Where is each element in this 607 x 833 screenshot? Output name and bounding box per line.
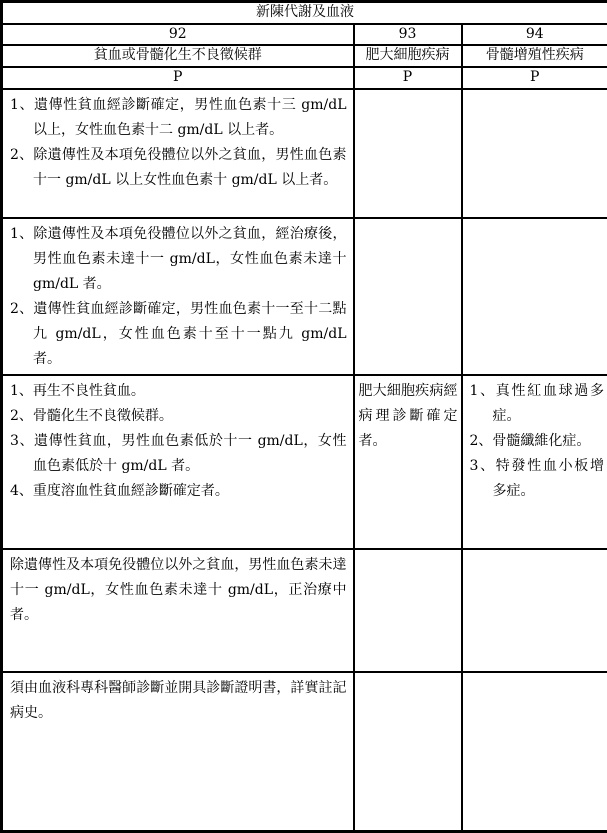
list-item: 2、骨髓纖維化症。 [470, 429, 605, 454]
list-item: 1、真性紅血球過多症。 [470, 379, 605, 429]
criteria-row-5: 須由血液科專科醫師診斷並開具診斷證明書，詳實註記病史。 [2, 672, 607, 832]
grade-92: P [2, 67, 354, 89]
grade-93: P [354, 67, 462, 89]
exam-standards-document: 新陳代謝及血液 92 93 94 貧血或骨髓化生不良徵候群 肥大細胞疾病 骨髓增… [0, 0, 607, 833]
cell-block5-col92: 須由血液科專科醫師診斷並開具診斷證明書，詳實註記病史。 [2, 672, 354, 832]
cell-block5-col94-empty [462, 672, 607, 832]
code-row: 92 93 94 [2, 24, 607, 45]
criteria-row-4: 除遺傳性及本項免役體位以外之貧血，男性血色素未達十一 gm/dL，女性血色素未達… [2, 549, 607, 672]
list-item: 2、骨髓化生不良徵候群。 [10, 404, 347, 429]
section-title: 新陳代謝及血液 [2, 2, 607, 24]
list-item: 1、除遺傳性及本項免役體位以外之貧血，經治療後，男性血色素未達十一 gm/dL，… [10, 222, 347, 297]
grade-row: P P P [2, 67, 607, 89]
list-item: 4、重度溶血性貧血經診斷確定者。 [10, 479, 347, 504]
criteria-text: 除遺傳性及本項免役體位以外之貧血，男性血色素未達十一 gm/dL，女性血色素未達… [10, 553, 347, 628]
criteria-row-1: 1、遺傳性貧血經診斷確定，男性血色素十三 gm/dL 以上，女性血色素十二 gm… [2, 89, 607, 218]
cell-block4-col92: 除遺傳性及本項免役體位以外之貧血，男性血色素未達十一 gm/dL，女性血色素未達… [2, 549, 354, 672]
criteria-text: 肥大細胞疾病經病理診斷確定者。 [359, 379, 458, 454]
cell-block4-col93-empty [354, 549, 462, 672]
cell-block4-col94-empty [462, 549, 607, 672]
criteria-text: 須由血液科專科醫師診斷並開具診斷證明書，詳實註記病史。 [10, 676, 347, 726]
item-code-94: 94 [462, 24, 607, 45]
grade-94: P [462, 67, 607, 89]
list-item: 1、再生不良性貧血。 [10, 379, 347, 404]
criteria-row-3: 1、再生不良性貧血。 2、骨髓化生不良徵候群。 3、遺傳性貧血，男性血色素低於十… [2, 375, 607, 549]
cell-block1-col92: 1、遺傳性貧血經診斷確定，男性血色素十三 gm/dL 以上，女性血色素十二 gm… [2, 89, 354, 218]
list-item: 2、遺傳性貧血經診斷確定，男性血色素十一至十二點九 gm/dL，女性血色素十至十… [10, 297, 347, 372]
list-item: 1、遺傳性貧血經診斷確定，男性血色素十三 gm/dL 以上，女性血色素十二 gm… [10, 93, 347, 143]
list-item: 3、特發性血小板增多症。 [470, 454, 605, 504]
standards-table: 新陳代謝及血液 92 93 94 貧血或骨髓化生不良徵候群 肥大細胞疾病 骨髓增… [0, 0, 607, 833]
criteria-row-2: 1、除遺傳性及本項免役體位以外之貧血，經治療後，男性血色素未達十一 gm/dL，… [2, 218, 607, 375]
item-code-93: 93 [354, 24, 462, 45]
cell-block3-col92: 1、再生不良性貧血。 2、骨髓化生不良徵候群。 3、遺傳性貧血，男性血色素低於十… [2, 375, 354, 549]
title-row: 新陳代謝及血液 [2, 2, 607, 24]
cell-block1-col94-empty [462, 89, 607, 218]
condition-name-92: 貧血或骨髓化生不良徵候群 [2, 45, 354, 67]
cell-block2-col93-empty [354, 218, 462, 375]
cell-block3-col94: 1、真性紅血球過多症。 2、骨髓纖維化症。 3、特發性血小板增多症。 [462, 375, 607, 549]
list-item: 3、遺傳性貧血，男性血色素低於十一 gm/dL，女性血色素低於十 gm/dL 者… [10, 429, 347, 479]
cell-block2-col94-empty [462, 218, 607, 375]
list-item: 2、除遺傳性及本項免役體位以外之貧血，男性血色素十一 gm/dL 以上女性血色素… [10, 143, 347, 193]
cell-block5-col93-empty [354, 672, 462, 832]
cell-block3-col93: 肥大細胞疾病經病理診斷確定者。 [354, 375, 462, 549]
item-code-92: 92 [2, 24, 354, 45]
cell-block2-col92: 1、除遺傳性及本項免役體位以外之貧血，經治療後，男性血色素未達十一 gm/dL，… [2, 218, 354, 375]
condition-name-93: 肥大細胞疾病 [354, 45, 462, 67]
name-row: 貧血或骨髓化生不良徵候群 肥大細胞疾病 骨髓增殖性疾病 [2, 45, 607, 67]
cell-block1-col93-empty [354, 89, 462, 218]
condition-name-94: 骨髓增殖性疾病 [462, 45, 607, 67]
